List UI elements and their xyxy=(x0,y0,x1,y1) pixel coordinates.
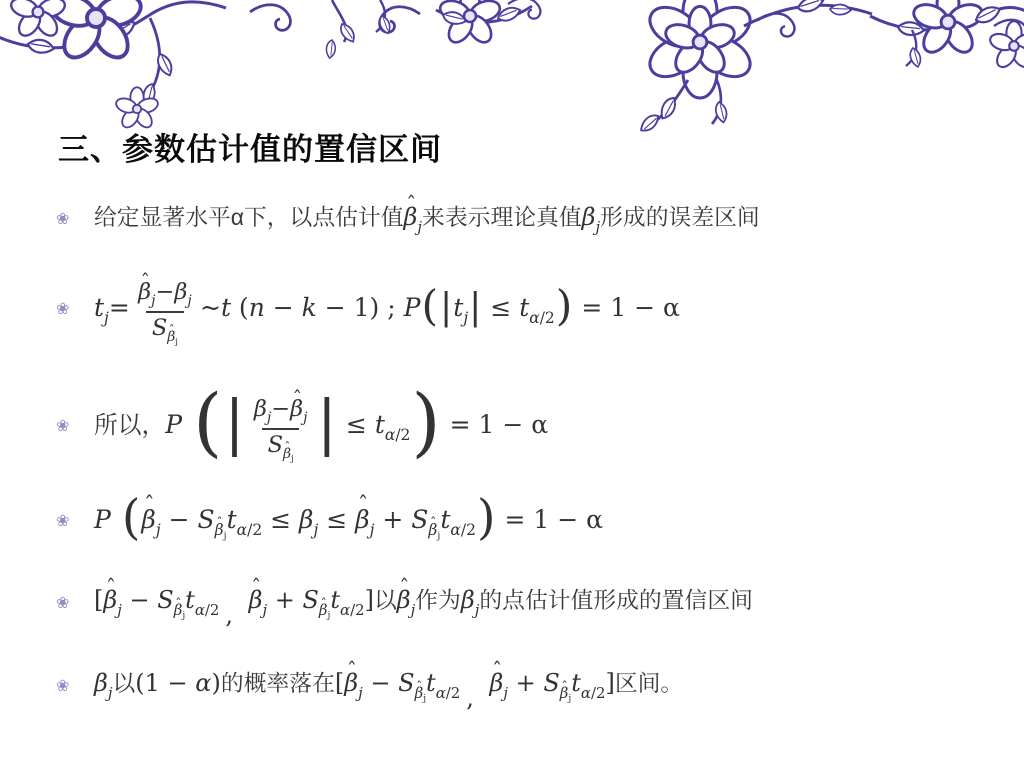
bullet-item: ❀ βj以(1 − α)的概率落在[ˆβj − Sˆβjtα/2, ˆβj + … xyxy=(56,650,1014,722)
bullet-content: [ˆβj − Sˆβjtα/2, ˆβj + Sˆβjtα/2]以ˆβj作为βj… xyxy=(94,585,1014,620)
bullet-item: ❀ 所以，P (|βj−ˆβjSˆβj| ≤ tα/2) = 1 − α xyxy=(56,378,1014,474)
presentation-slide: 三、参数估计值的置信区间 ❀ 给定显著水平α下，以点估计值ˆβj来表示理论真值β… xyxy=(0,0,1024,767)
flower-bullet-icon: ❀ xyxy=(56,418,94,434)
bullet-item: ❀ P (ˆβj − Sˆβjtα/2 ≤ βj ≤ ˆβj + Sˆβjtα/… xyxy=(56,488,1014,554)
floral-ornament-right xyxy=(870,0,1024,71)
page-title: 三、参数估计值的置信区间 xyxy=(58,124,442,169)
flower-bullet-icon: ❀ xyxy=(56,513,94,529)
bullet-content: βj以(1 − α)的概率落在[ˆβj − Sˆβjtα/2, ˆβj + Sˆ… xyxy=(94,668,1014,703)
bullet-content: tj=ˆβj−βjSˆβj~t (n − k − 1) ; P(|tj| ≤ t… xyxy=(94,270,1014,348)
bullet-item: ❀ 给定显著水平α下，以点估计值ˆβj来表示理论真值βj形成的误差区间 xyxy=(56,197,1014,241)
flower-bullet-icon: ❀ xyxy=(56,595,94,611)
flower-bullet-icon: ❀ xyxy=(56,211,94,227)
porcelain-floral-border xyxy=(0,0,1024,142)
bullet-content: P (ˆβj − Sˆβjtα/2 ≤ βj ≤ ˆβj + Sˆβjtα/2)… xyxy=(94,501,1014,541)
floral-ornament-midright xyxy=(744,0,872,36)
peony-flower-ornament xyxy=(637,0,757,134)
bullet-item: ❀ [ˆβj − Sˆβjtα/2, ˆβj + Sˆβjtα/2]以ˆβj作为… xyxy=(56,570,1014,636)
bullet-content: 所以，P (|βj−ˆβjSˆβj| ≤ tα/2) = 1 − α xyxy=(94,387,1014,465)
floral-ornament-left xyxy=(0,0,226,130)
flower-bullet-icon: ❀ xyxy=(56,678,94,694)
flower-bullet-icon: ❀ xyxy=(56,301,94,317)
bullet-content: 给定显著水平α下，以点估计值ˆβj来表示理论真值βj形成的误差区间 xyxy=(94,202,1014,236)
bullet-item: ❀ tj=ˆβj−βjSˆβj~t (n − k − 1) ; P(|tj| ≤… xyxy=(56,260,1014,358)
floral-ornament-midleft xyxy=(250,0,420,59)
floral-border-art-icon xyxy=(0,0,1024,142)
floral-ornament-center xyxy=(436,0,540,47)
